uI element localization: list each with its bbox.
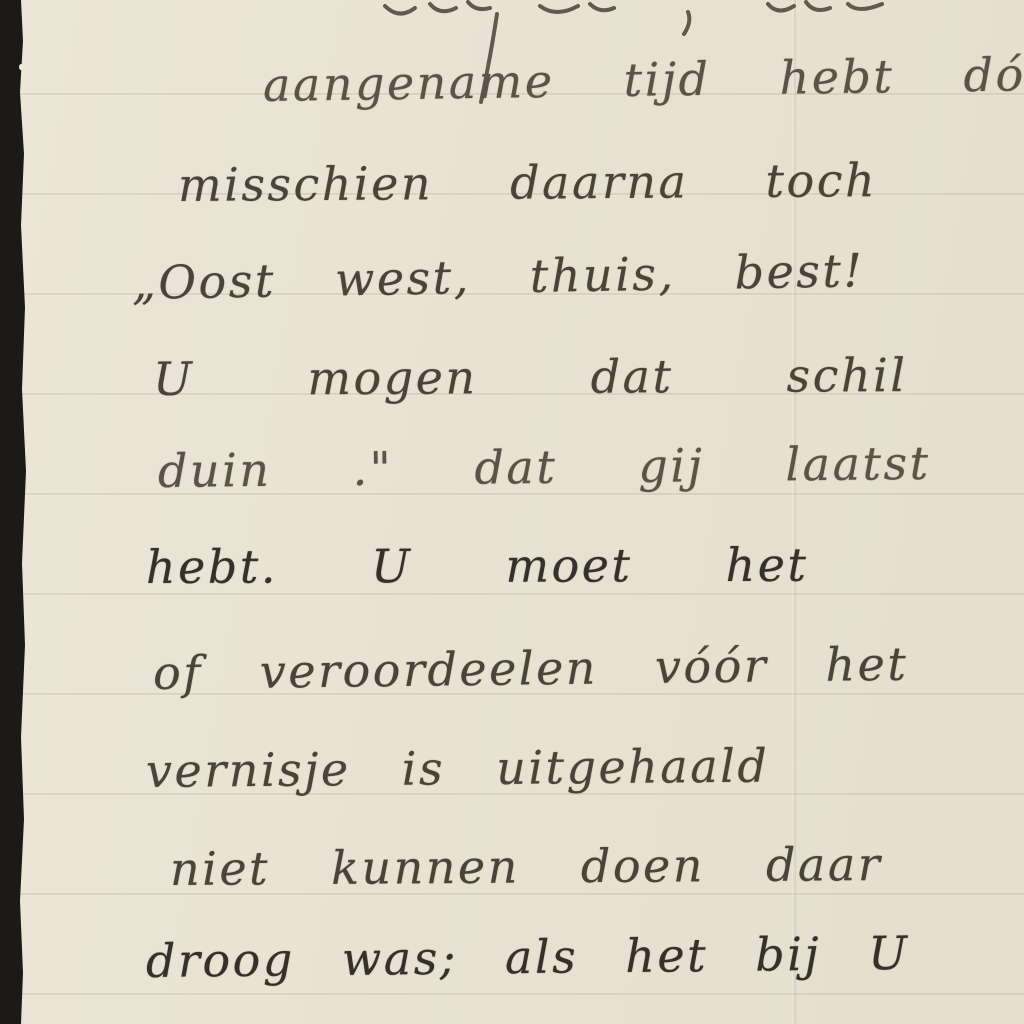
scan-edge-speck [19,64,23,70]
handwritten-line: niet kunnen doen daar [170,837,883,896]
handwritten-line: „Oost west, thuis, best! [132,243,865,310]
letter-page: aangename tijd hebt dó misschien daarna … [0,0,1024,1024]
handwritten-line: hebt. U moet het [146,538,809,594]
handwritten-line: droog was; als het bij U [146,926,910,988]
handwritten-line: vernisje is uitgehaald [146,739,770,798]
handwritten-line: of veroordeelen vóór het [153,637,909,700]
scan-edge-black [0,0,30,1024]
handwritten-line: U mogen dat schil [153,348,908,406]
handwritten-line: duin ." dat gij laatst [158,436,931,498]
handwritten-line: aangename tijd hebt dó [263,47,1024,112]
handwritten-line: misschien daarna toch [178,153,878,212]
